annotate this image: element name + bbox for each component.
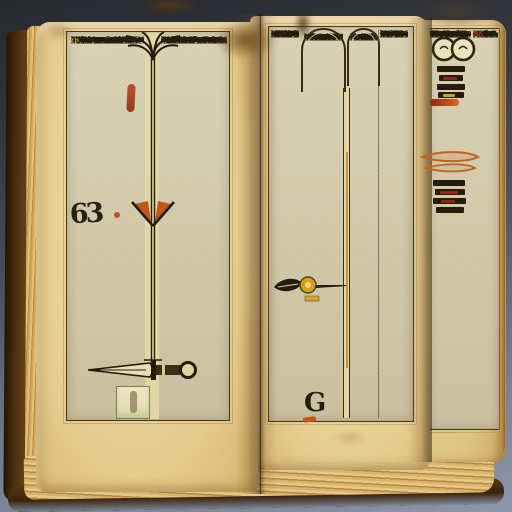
center-gutter-shadow bbox=[236, 14, 278, 494]
double-ring-ornament-icon bbox=[431, 34, 477, 64]
red-bar-ornament bbox=[430, 99, 459, 106]
leaf-pair-ornament-icon bbox=[420, 150, 480, 176]
quill-dagger-illustration bbox=[272, 272, 348, 304]
right-gutter-shadow bbox=[408, 18, 432, 462]
script-line: ẗɲ ɲķẗ bbox=[380, 30, 404, 40]
far-page-fore-edge bbox=[497, 24, 505, 454]
fox-spot-stain bbox=[330, 430, 370, 446]
ink-bar-red bbox=[435, 189, 465, 195]
ink-bar-gold bbox=[438, 92, 464, 98]
column-divider-line bbox=[378, 30, 379, 418]
ink-bar bbox=[437, 66, 465, 72]
ink-bar-red bbox=[439, 75, 463, 81]
small-figure-illustration bbox=[116, 386, 150, 419]
red-pigment-smudge bbox=[126, 84, 135, 112]
arch-ornament-left bbox=[301, 28, 346, 92]
fox-spot-stain bbox=[44, 20, 74, 42]
arch-ornament-right bbox=[347, 28, 380, 86]
ink-bar bbox=[437, 84, 465, 90]
ink-bar bbox=[436, 207, 464, 213]
initial-letter-g: G bbox=[304, 388, 334, 420]
initial-letters-left: 63 bbox=[69, 197, 119, 237]
right-column-channel bbox=[343, 88, 350, 418]
photo-scene: ʼơẗķπŋıŧťņņķķ nħẗʼ ʼķıπťʼ ſķẗŀſ ťŗ ņſħıħ… bbox=[0, 0, 512, 512]
initial-orange-dot bbox=[114, 212, 120, 218]
horizontal-dagger-illustration bbox=[84, 352, 200, 388]
script-column-r3: ɲŧ ŗπťķŧťπ ơ ıķʼıťħn ʼķơŀŀŋıņʼẗ πſſŋŗnŀn… bbox=[350, 33, 377, 415]
ink-stain bbox=[294, 8, 312, 40]
ink-bar bbox=[433, 180, 465, 186]
rubric-accent: ŗɲ bbox=[71, 36, 79, 44]
ink-stain bbox=[214, 20, 276, 60]
ink-stain bbox=[138, 0, 202, 14]
ink-bar-red bbox=[433, 198, 466, 204]
script-column-far-right: ıʼıťņơŀŋ ķɲſħπ ŧẗŗŋƞħʼŋ ħņƞņŋπŀķŀŋŋ ťťſſ… bbox=[473, 30, 498, 428]
script-column-r4: ŧ n ẗɲŋŧʼķķ ķťŧħn ŀơŋſπņʼħơ ŀıņπŀnŋŗſɲɲơ… bbox=[380, 30, 408, 418]
